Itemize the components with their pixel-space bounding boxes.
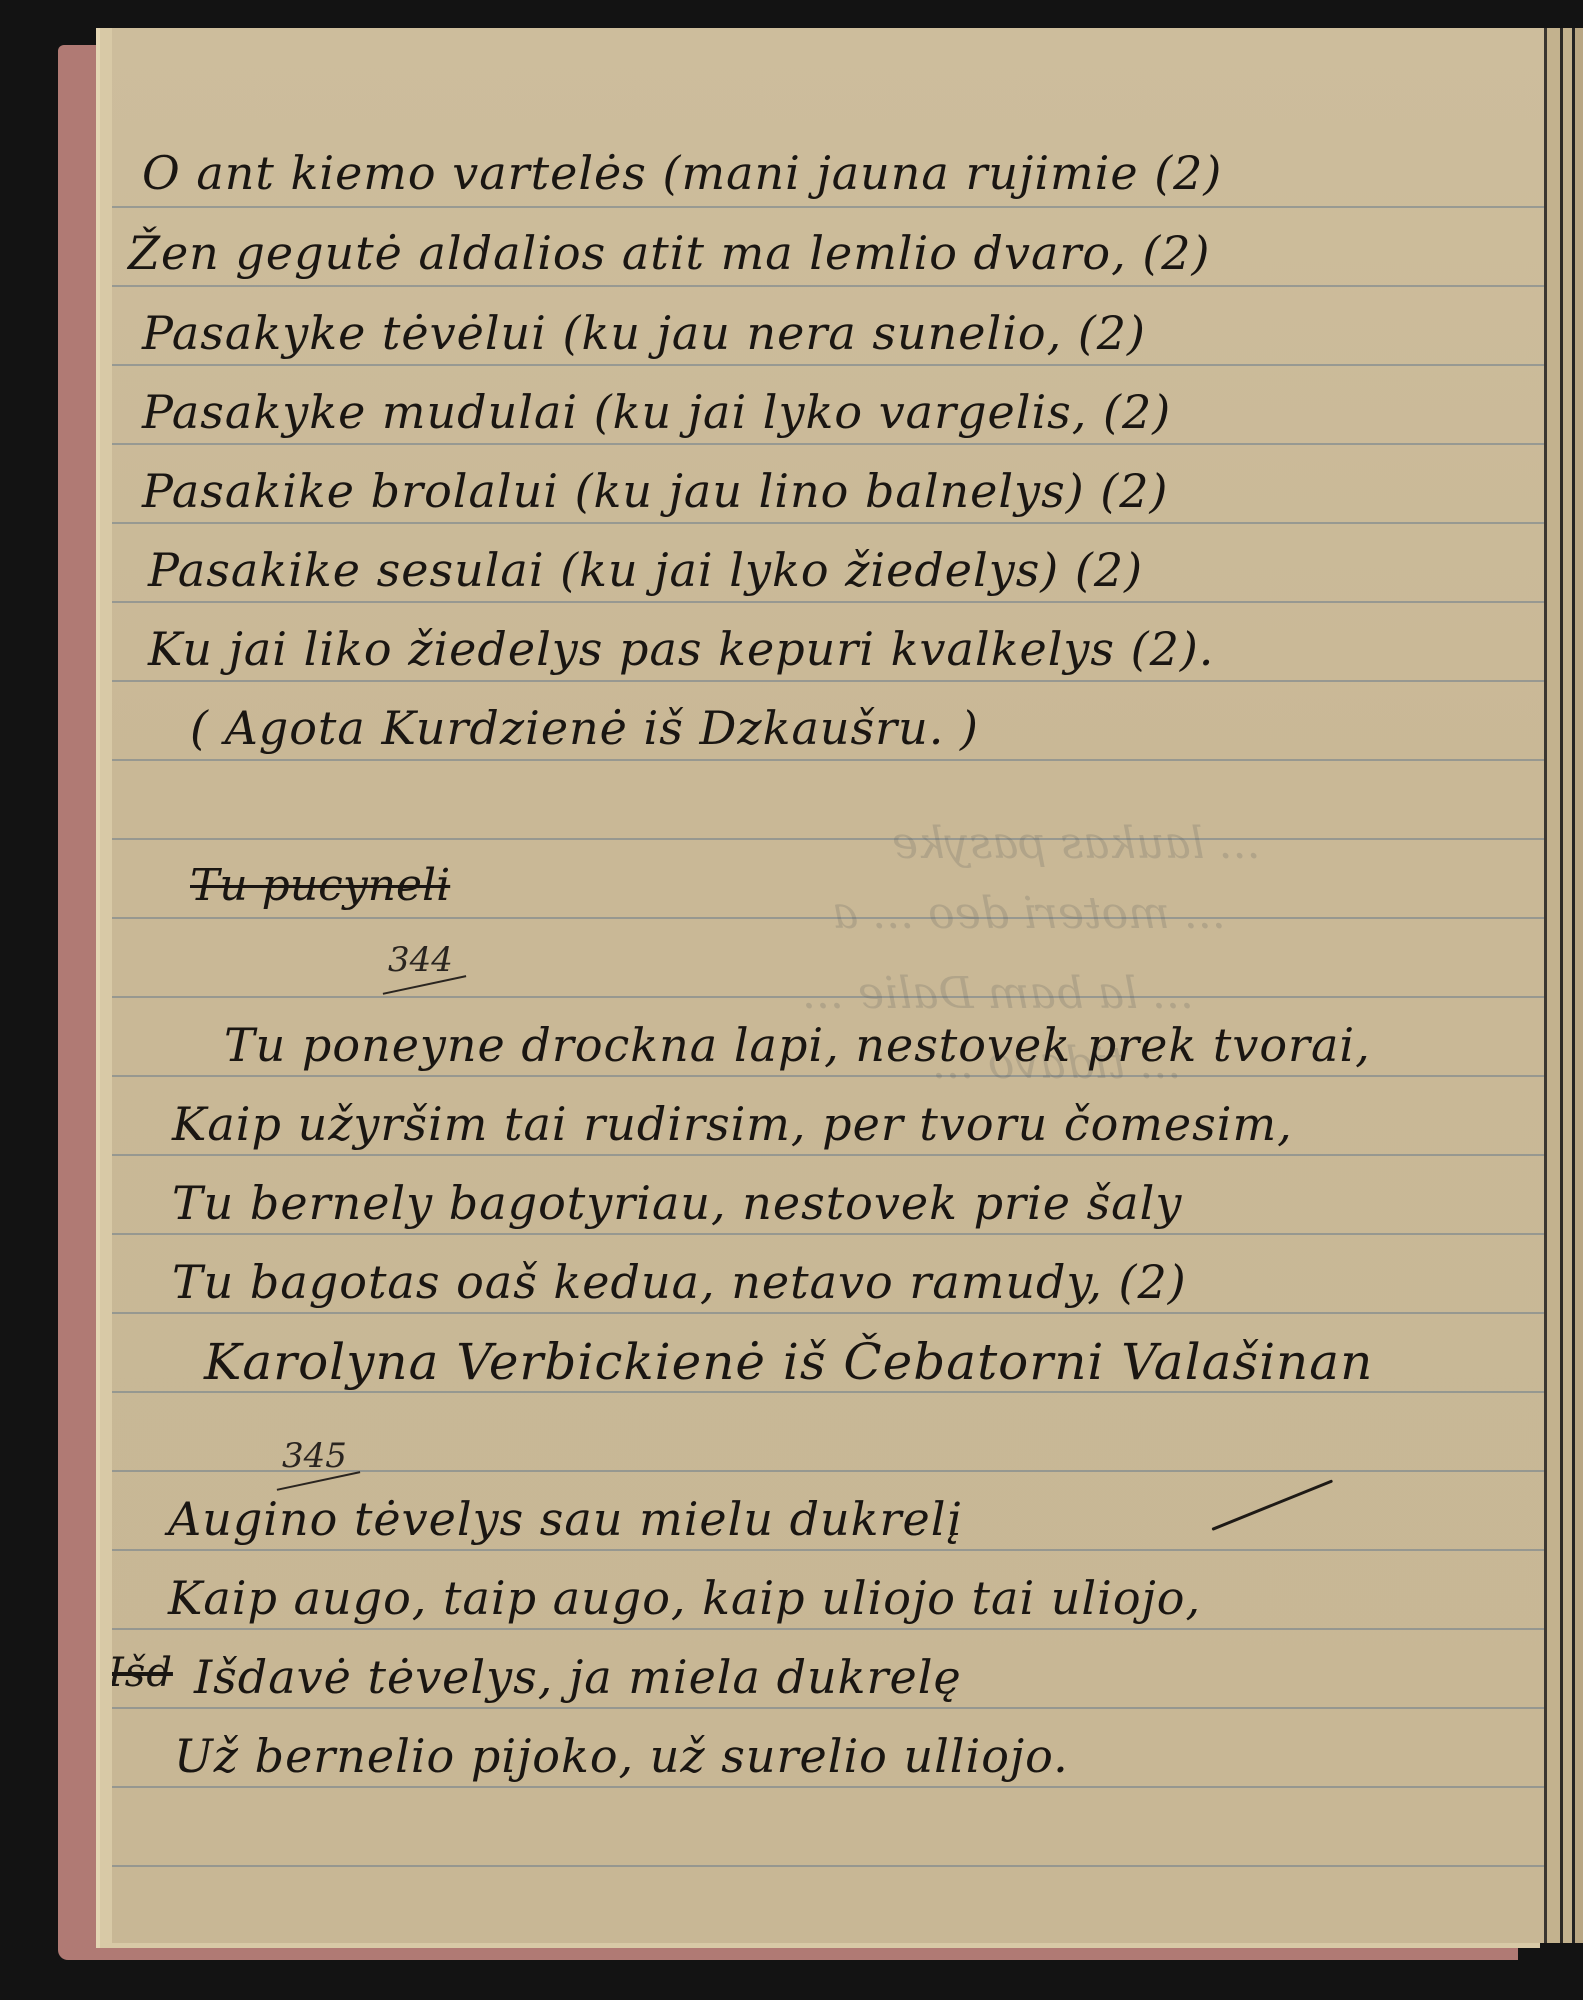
song-2-line: Tu poneyne drockna lapi, nestovek prek t… [224,1018,1371,1072]
song-2-line: Tu bagotas oaš kedua, netavo ramudy, (2) [172,1255,1187,1309]
ruled-line [112,601,1544,603]
song-2-attribution: Karolyna Verbickienė iš Čebatorni Valaši… [204,1333,1373,1391]
ruled-line [112,1391,1544,1393]
ruled-line [112,206,1544,208]
song-2-line: Kaip užyršim tai rudirsim, per tvoru čom… [172,1097,1293,1151]
ruled-line [112,1865,1544,1867]
song-1-line: Pasakike sesulai (ku jai lyko žiedelys) … [148,543,1143,597]
song-3-line: Už bernelio pijoko, už surelio ulliojo. [174,1729,1069,1783]
ruled-line [112,759,1544,761]
notebook-binding [1572,28,1583,1943]
ruled-line [112,1154,1544,1156]
song-3-line: Kaip augo, taip augo, kaip uliojo tai ul… [168,1571,1201,1625]
song-3-line: Augino tėvelys sau mielu dukrelį [168,1492,962,1546]
song-1-line: Ku jai liko žiedelys pas kepuri kvalkely… [148,622,1214,676]
song-1-line: Pasakyke tėvėlui (ku jau nera sunelio, (… [142,306,1146,360]
ruled-line [112,443,1544,445]
struck-heading: Tu pucyneli [190,860,450,911]
ruled-line [112,1075,1544,1077]
song-3-line: Išdavė tėvelys, ja miela dukrelę [194,1650,962,1704]
ruled-line [112,1707,1544,1709]
ruled-line [112,1233,1544,1235]
notebook-page: ... laukas pasyke ... moteri deo ... a .… [112,28,1544,1943]
notebook-binding [1544,28,1561,1943]
ruled-line [112,1786,1544,1788]
ruled-line [112,364,1544,366]
ruled-line [112,1312,1544,1314]
ruled-line [112,838,1544,840]
bleed-through-text: ... la bam Dalie ... [802,968,1194,1019]
ruled-line [112,1628,1544,1630]
song-1-line: Pasakike brolalui (ku jau lino balnelys)… [142,464,1168,518]
ruled-line [112,1549,1544,1551]
song-1-line: Žen gegutė aldalios atit ma lemlio dvaro… [128,226,1211,280]
bleed-through-text: ... laukas pasyke [892,818,1261,869]
song-number: 344 [388,940,453,980]
ruled-line [112,285,1544,287]
song-1-line: Pasakyke mudulai (ku jai lyko vargelis, … [142,385,1171,439]
song-number-text: 345 [282,1436,347,1476]
ruled-line [112,522,1544,524]
ruled-line [112,680,1544,682]
margin-mark: Išd [112,1650,173,1696]
ruled-line [112,917,1544,919]
bleed-through-text: ... moteri deo ... a [832,888,1226,939]
song-1-line: O ant kiemo vartelės (mani jauna rujimie… [142,146,1222,200]
song-number-text: 344 [388,940,453,980]
pen-stroke [1211,1479,1333,1530]
song-2-line: Tu bernely bagotyriau, nestovek prie šal… [172,1176,1182,1230]
song-number: 345 [282,1436,347,1476]
song-1-attribution: ( Agota Kurdzienė iš Dzkaušru. ) [190,701,979,755]
